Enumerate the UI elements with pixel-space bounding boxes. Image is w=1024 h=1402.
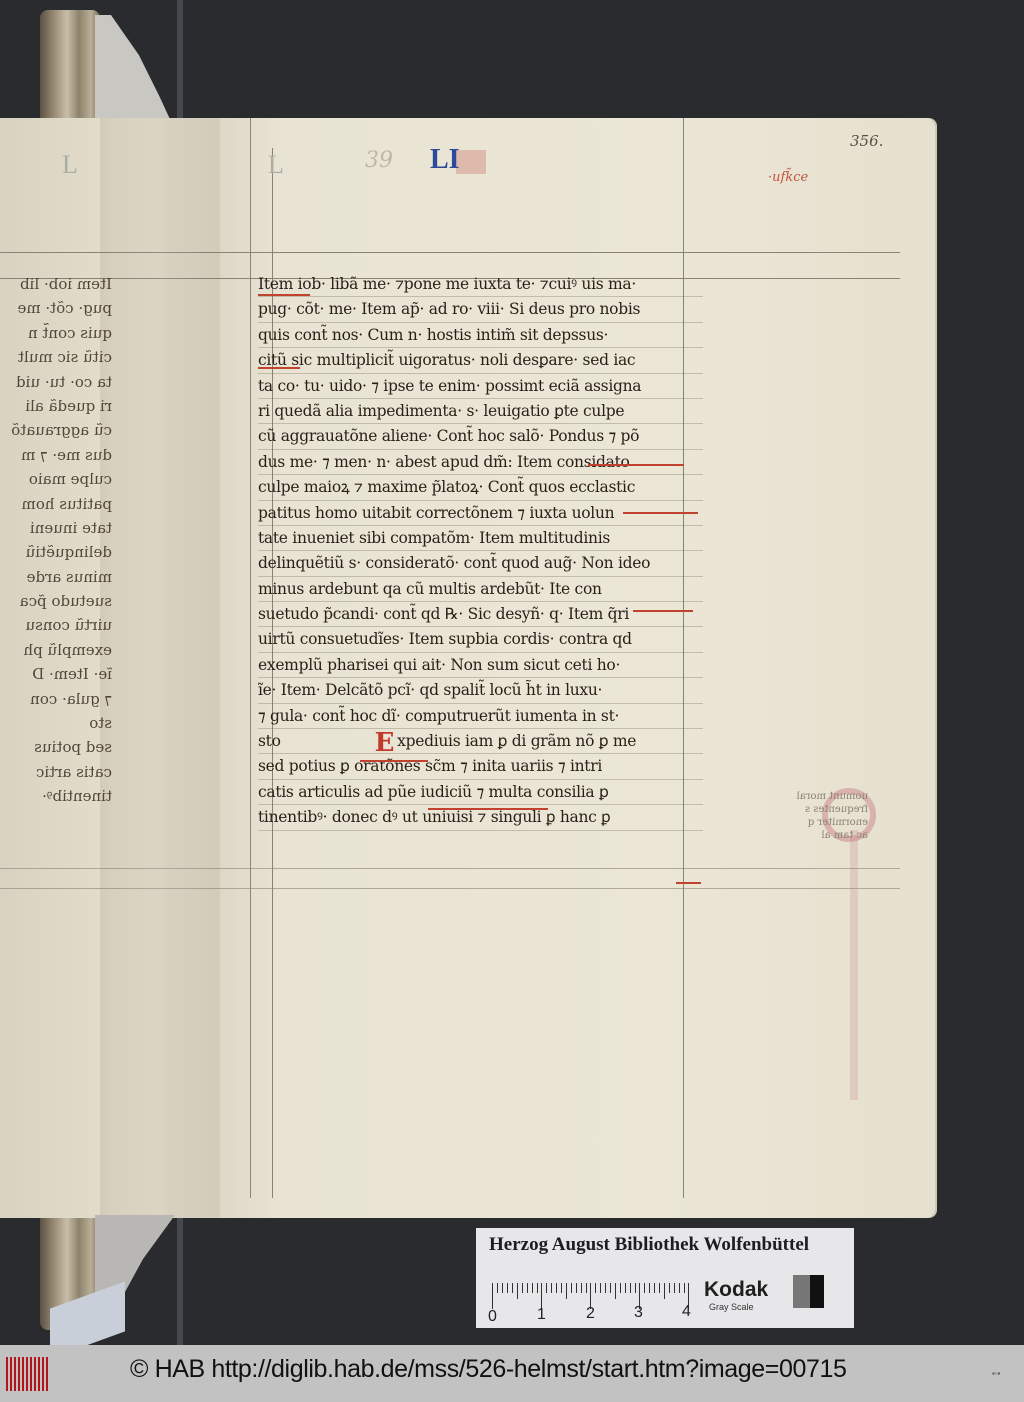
- bleed-line: pug· cõt· me: [0, 296, 112, 320]
- running-head-red-flourish: [456, 150, 486, 174]
- gray-patch: [793, 1275, 810, 1308]
- rubric-underline: [633, 610, 693, 612]
- bleed-line: culpe maio: [0, 467, 112, 491]
- text-line: pug· cõt· me· Item ap̃· ad ro· viii· Si …: [258, 297, 703, 322]
- text-line: citũ sic multiplicit̃ uigoratus· noli de…: [258, 348, 703, 373]
- ruler-label-0: 0: [488, 1308, 497, 1326]
- bleed-line: catis artic: [0, 760, 112, 784]
- black-patch: [810, 1275, 824, 1308]
- text-line-with-initial: stoExpediuis iam ꝑ di grãm nõ ꝑ me: [258, 729, 703, 754]
- rubric-underline: [676, 882, 701, 884]
- text-line: culpe maioꝝ ⁊ maxime p̃latoꝝ· Cont̃ quos…: [258, 475, 703, 500]
- text-line: ĩe· Item· Delcãtõ pcĩ· qd spalit̃ locũ h…: [258, 678, 703, 703]
- text-line: ta co· tu· uido· ⁊ ipse te enim· possimt…: [258, 374, 703, 399]
- text-line: cũ aggrauatõne aliene· Cont̃ hoc salõ· P…: [258, 424, 703, 449]
- bleed-line: delinquẽtiũ: [0, 540, 112, 564]
- bleed-line: dus me· ⁊ m: [0, 443, 112, 467]
- bleed-line: sed potius: [0, 735, 112, 759]
- bleed-line: ⁊ gula· con: [0, 687, 112, 711]
- bleed-line: patitus hom: [0, 492, 112, 516]
- bleed-line: exemplũ ph: [0, 638, 112, 662]
- hab-logo-icon: [6, 1357, 48, 1391]
- faded-running-head-left: L: [62, 150, 78, 180]
- text-line: suetudo p̃candi· cont̃ qd ℞· Sic desyñ· …: [258, 602, 703, 627]
- bleed-line: uirtũ consu: [0, 613, 112, 637]
- running-head: LI: [430, 144, 460, 176]
- ghost-line: enormiter q: [698, 816, 868, 829]
- bleed-line: sto: [0, 711, 112, 735]
- gutter-shadow: [100, 118, 220, 1218]
- pencil-mark: 39: [365, 148, 393, 173]
- folio-number: 356.: [850, 132, 883, 150]
- hab-color-reference-card: Herzog August Bibliothek Wolfenbüttel 0 …: [476, 1228, 854, 1328]
- rubric-underline: [258, 367, 300, 369]
- text-line: sed potius ꝑ oratõnes sc̃m ⁊ inita uarii…: [258, 754, 703, 779]
- kodak-logo: Kodak: [704, 1278, 768, 1302]
- bleed-line: quis cont̃ n: [0, 321, 112, 345]
- bleed-line: ĩe· Item· D: [0, 662, 112, 686]
- bleed-line: cũ aggrauatõ: [0, 418, 112, 442]
- text-line: dus me· ⁊ men· n· abest apud dm̃: Item c…: [258, 450, 703, 475]
- line-continuation: xpediuis iam ꝑ di grãm nõ ꝑ me: [397, 732, 636, 750]
- bleed-line: ta co· tu· uid: [0, 370, 112, 394]
- rubric-margin-note: ·ufk̃ce: [768, 170, 808, 185]
- gray-scale-label: Gray Scale: [709, 1302, 754, 1312]
- text-line: quis cont̃ nos· Cum n· hostis intim̃ sit…: [258, 323, 703, 348]
- rubric-underline: [258, 294, 310, 296]
- rubric-underline: [428, 808, 548, 810]
- ghost-line: ac tam al: [698, 829, 868, 842]
- bleed-line: ri quedã ali: [0, 394, 112, 418]
- text-line: tate inueniet sibi compatõm· Item multit…: [258, 526, 703, 551]
- institution-name: Herzog August Bibliothek Wolfenbüttel: [489, 1234, 809, 1256]
- ghost-line: frequentes s: [698, 803, 868, 816]
- bleed-line: citũ sic mult: [0, 345, 112, 369]
- footer-bar: © HAB http://diglib.hab.de/mss/526-helms…: [0, 1345, 1024, 1402]
- bleed-through-text: Item iob· lib pug· cõt· me quis cont̃ n …: [0, 272, 112, 809]
- rubric-underline: [588, 464, 684, 466]
- text-line: ⁊ gula· cont̃ hoc dĩ· computruerũt iumen…: [258, 704, 703, 729]
- text-line: ri quedã alia impedimenta· s· leuigatio …: [258, 399, 703, 424]
- ghost-initial-stem: [850, 830, 858, 1100]
- ghost-line: uomunt moral: [698, 790, 868, 803]
- text-line: catis articulis ad pũe iudiciũ ⁊ multa c…: [258, 780, 703, 805]
- bleed-line: tate inueni: [0, 516, 112, 540]
- decorated-initial-e: E: [375, 731, 395, 755]
- text-line: Item iob· libã me· ⁊pone me iuxta te· ⁊c…: [258, 272, 703, 297]
- ghost-text-verso: uomunt moral frequentes s enormiter q ac…: [698, 790, 868, 842]
- line-start: sto: [258, 732, 281, 750]
- ruler-label-1: 1: [537, 1306, 546, 1324]
- ruler-label-4: 4: [682, 1303, 691, 1321]
- bleed-line: Item iob· lib: [0, 272, 112, 296]
- ruling-left-outer: [250, 118, 251, 1198]
- text-line: uirtũ consuetudĩes· Item supbia cordis· …: [258, 627, 703, 652]
- corner-mark-icon: ▪▫▪: [992, 1369, 1001, 1378]
- text-line: minus ardebunt qa cũ multis ardebũt· Ite…: [258, 577, 703, 602]
- rubric-underline: [360, 760, 428, 762]
- faded-running-head-center: L: [268, 150, 284, 180]
- bleed-line: minus arde: [0, 565, 112, 589]
- text-line: exemplũ pharisei qui ait· Non sum sicut …: [258, 653, 703, 678]
- ruler-label-2: 2: [586, 1305, 595, 1323]
- rubric-underline: [623, 512, 698, 514]
- text-line: delinquẽtiũ s· consideratõ· cont̃ quod a…: [258, 551, 703, 576]
- bleed-line: tinentibꝰ·: [0, 784, 112, 808]
- main-text-column: Item iob· libã me· ⁊pone me iuxta te· ⁊c…: [258, 272, 703, 831]
- bleed-line: suetudo p̃ca: [0, 589, 112, 613]
- ruler-label-3: 3: [634, 1304, 643, 1322]
- copyright-url[interactable]: © HAB http://diglib.hab.de/mss/526-helms…: [130, 1355, 847, 1384]
